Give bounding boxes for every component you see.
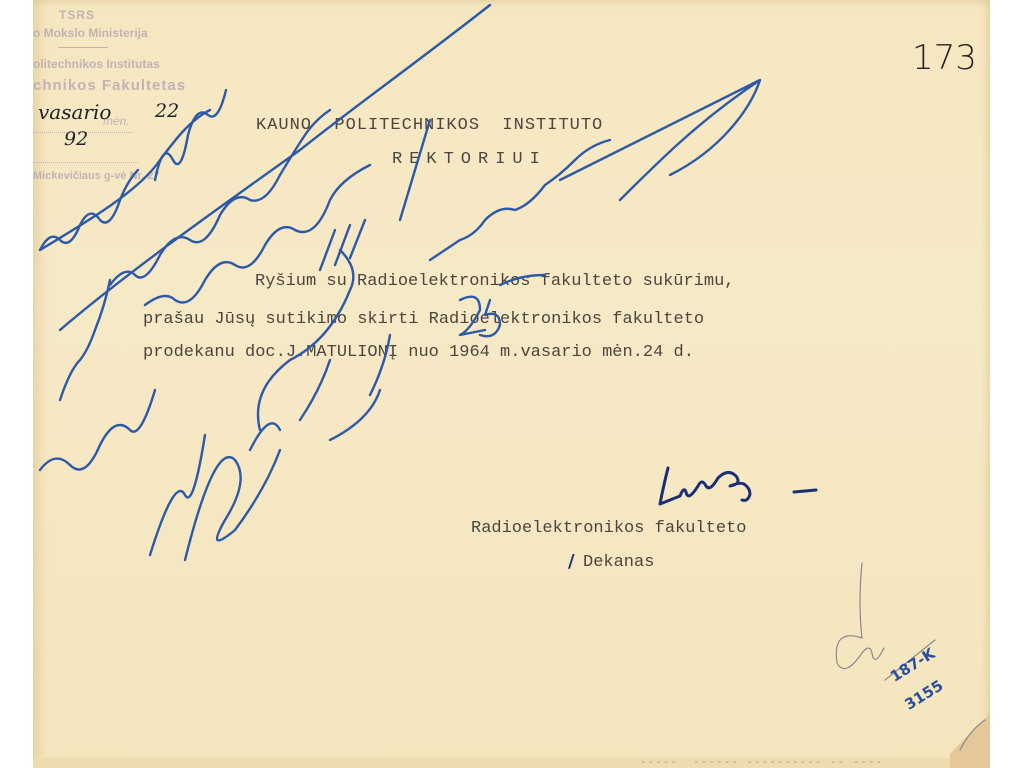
page-number: 173 bbox=[912, 38, 977, 78]
body-line-2: prašau Jūsų sutikimo skirti Radioelektro… bbox=[143, 310, 704, 329]
signature-slash-mark: / bbox=[568, 551, 575, 572]
stamp-line-1: TSRS bbox=[59, 8, 95, 22]
stamp-month-handwritten: vasario bbox=[38, 100, 111, 124]
stamp-address: Mickevičiaus g-vė Nr. 27 bbox=[33, 170, 160, 182]
stamp-day-handwritten: 22 bbox=[155, 100, 179, 122]
stamp-line-3: olitechnikos Institutas bbox=[33, 57, 160, 71]
body-line-3: prodekanu doc.J.MATULIONĮ nuo 1964 m.vas… bbox=[143, 343, 694, 362]
stamp-divider bbox=[58, 47, 108, 48]
signatory-faculty: Radioelektronikos fakulteto bbox=[471, 519, 746, 538]
body-line-1: Ryšium su Radioelektronikos fakulteto su… bbox=[255, 272, 734, 291]
stamp-number-line bbox=[33, 162, 138, 163]
stamp-line-4: chnikos Fakultetas bbox=[33, 77, 186, 94]
signatory-title: Dekanas bbox=[583, 553, 654, 572]
institution-stamp: TSRS o Mokslo Ministerija olitechnikos I… bbox=[33, 4, 243, 194]
paper-corner-fold bbox=[950, 700, 990, 768]
stamp-reg-number-handwritten: 92 bbox=[64, 128, 88, 150]
stamp-line-2: o Mokslo Ministerija bbox=[33, 26, 148, 40]
addressee-title: REKTORIUI bbox=[392, 150, 547, 169]
addressee-institution: KAUNO POLITECHNIKOS INSTITUTO bbox=[256, 116, 603, 135]
bottom-cut-text: ----- ------ ---------- -- ---- bbox=[640, 757, 883, 768]
